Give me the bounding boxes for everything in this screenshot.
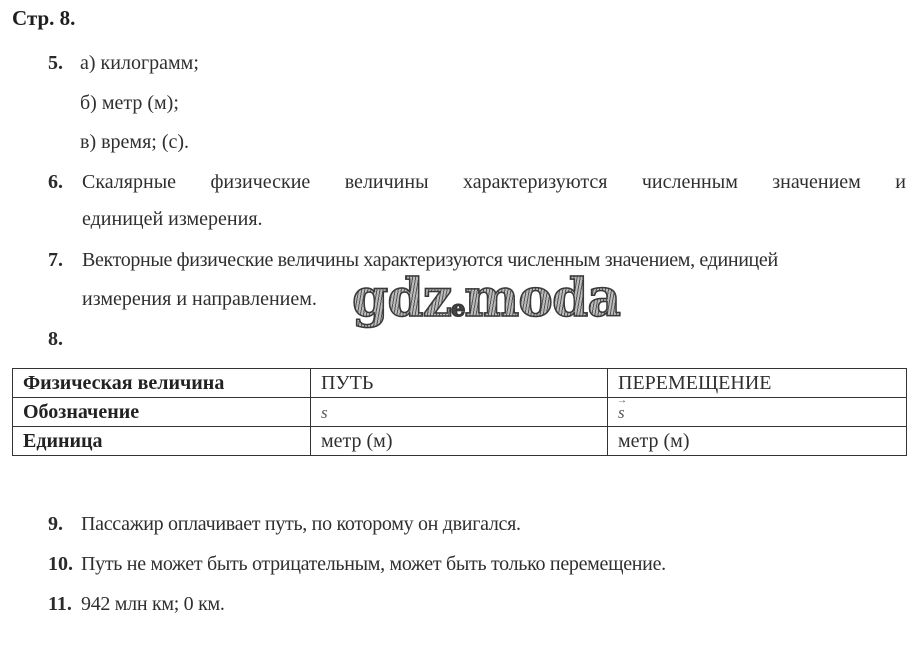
table-row: Физическая величина ПУТЬ ПЕРЕМЕЩЕНИЕ <box>13 369 907 398</box>
answer-5-number: 5. <box>48 51 63 75</box>
answer-5-line-c: в) время; (с). <box>80 130 189 154</box>
answer-10-text: Путь не может быть отрицательным, может … <box>81 552 666 576</box>
table-row: Единица метр (м) метр (м) <box>13 427 907 456</box>
table-row-header: Единица <box>13 427 311 456</box>
answer-5-line-a: а) килограмм; <box>80 51 199 75</box>
answer-7-line-2: измерения и направлением. <box>82 287 317 311</box>
answer-10-number: 10. <box>48 552 73 576</box>
scalar-symbol: s <box>321 400 328 426</box>
table-cell: ПУТЬ <box>311 369 608 398</box>
vector-symbol: s <box>618 400 625 426</box>
answer-7-number: 7. <box>48 248 63 272</box>
table-cell: метр (м) <box>608 427 907 456</box>
table-row-header: Обозначение <box>13 398 311 427</box>
table-row-header: Физическая величина <box>13 369 311 398</box>
answer-9-text: Пассажир оплачивает путь, по которому он… <box>81 512 521 536</box>
watermark-logo: gdzemoda <box>352 273 620 335</box>
answer-5-line-b: б) метр (м); <box>80 91 179 115</box>
answer-8-number: 8. <box>48 327 63 351</box>
answer-6-line-1: Скалярные физические величины характериз… <box>82 170 906 194</box>
quantities-table: Физическая величина ПУТЬ ПЕРЕМЕЩЕНИЕ Обо… <box>12 368 907 456</box>
table-cell: s <box>608 398 907 427</box>
page-title: Стр. 8. <box>12 6 75 31</box>
table-cell: ПЕРЕМЕЩЕНИЕ <box>608 369 907 398</box>
answer-11-number: 11. <box>48 592 72 616</box>
table-cell: метр (м) <box>311 427 608 456</box>
answer-6-number: 6. <box>48 170 63 194</box>
answer-9-number: 9. <box>48 512 63 536</box>
table-row: Обозначение s s <box>13 398 907 427</box>
answer-11-text: 942 млн км; 0 км. <box>81 592 225 616</box>
answer-6-line-2: единицей измерения. <box>82 207 263 231</box>
table-cell: s <box>311 398 608 427</box>
